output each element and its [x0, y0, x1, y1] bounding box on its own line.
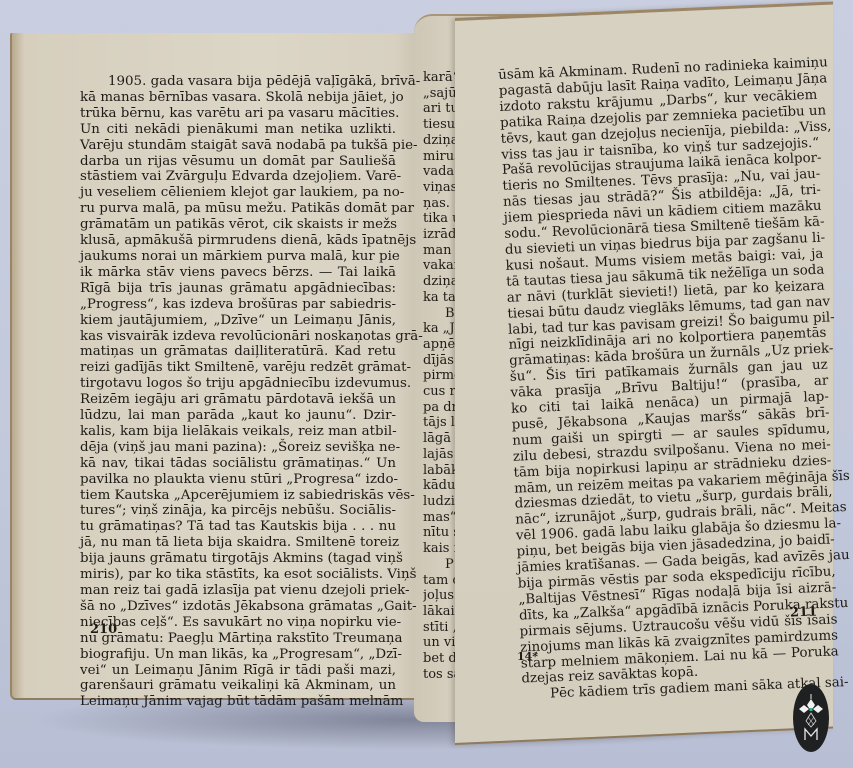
text-line: ik mārka stāv viens pavecs bērzs. — Tai … — [80, 265, 396, 281]
text-line: klusā, apmākušā pirmrudens dienā, kāds ī… — [80, 233, 396, 249]
left-page-body-text: 1905. gada vasara bija pēdējā vaļīgākā, … — [80, 74, 396, 710]
text-line: jā, nu man tā lieta bija skaidra. Smilte… — [80, 535, 396, 551]
text-line: pavilka no plaukta vienu stūri „Progresa… — [80, 472, 396, 488]
text-line: vei“ un Leimaņu Jānim Rīgā ir tādi paši … — [80, 663, 396, 679]
text-line: bija jauns grāmatu tirgotājs Akmins (tag… — [80, 551, 396, 567]
text-line: stāstiem vai Zvārguļu Edvarda dzejoļiem.… — [80, 169, 396, 185]
text-line: nu grāmatu: Paegļu Mārtiņa rakstīto Treu… — [80, 631, 396, 647]
left-page-number: 210 — [90, 622, 117, 637]
text-line: matiņas un grāmatas daiļliteratūrā. Kad … — [80, 344, 396, 360]
text-line: jaukums norai un mārkiem purva malā, kur… — [80, 249, 396, 265]
flower-m-monogram-icon — [796, 691, 826, 745]
text-line: 1905. gada vasara bija pēdējā vaļīgākā, … — [80, 74, 396, 90]
text-line: ru purva malā, pa mūsu mežu. Patikās dom… — [80, 201, 396, 217]
text-line: tiem Kautska „Apcerējumiem iz sabiedrisk… — [80, 488, 396, 504]
text-line: tures“; viņš zināja, ka pircējs nebūšu. … — [80, 503, 396, 519]
printer-signature-mark: 14* — [517, 650, 538, 663]
text-line: garenšauri grāmatu veikaliņi kā Akminam,… — [80, 678, 396, 694]
text-line: man reiz tai gadā izlasīja pat vienu dze… — [80, 583, 396, 599]
text-line: niecības ceļš“. Es savukārt no viņa nopi… — [80, 615, 396, 631]
text-line: dēja (viņš jau mani pazina): „Šoreiz sev… — [80, 440, 396, 456]
text-line: trūka bērnu, kas varētu ari pa vasaru mā… — [80, 106, 396, 122]
text-line: Leimaņu Jānim vajag būt tādām pašām meln… — [80, 694, 396, 710]
text-line: kas visvairāk izdeva revolūcionāri noska… — [80, 329, 396, 345]
text-line: tirgotavu logos šo triju apgādniecību iz… — [80, 376, 396, 392]
text-line: tu grāmatiņas? Tā tad tas Kautskis bija … — [80, 519, 396, 535]
text-line: grāmatām un patikās vērot, cik skaists i… — [80, 217, 396, 233]
right-page-number: 211 — [790, 604, 818, 620]
text-line: darba un rijas vēsumu un domāt par Sauli… — [80, 154, 396, 170]
text-line: biografiju. Un man likās, ka „Progresam“… — [80, 647, 396, 663]
watermark-logo — [793, 684, 829, 752]
text-line: Varēju stundām staigāt savā nodabā pa tu… — [80, 138, 396, 154]
text-line: kā manas bērnības vasara. Skolā nebija j… — [80, 90, 396, 106]
text-line: lūdzu, lai man parāda „kaut ko jaunu“. D… — [80, 408, 396, 424]
text-line: Rīgā bija trīs jaunas grāmatu apgādniecī… — [80, 281, 396, 297]
text-line: kā nav, tikai tādas sociālistu grāmatiņa… — [80, 456, 396, 472]
text-line: kiem jautājumiem, „Dzīve“ un Leimaņu Jān… — [80, 313, 396, 329]
text-line: Reizēm iegāju ari grāmatu pārdotavā iekš… — [80, 392, 396, 408]
text-line: miris), par ko tika stāstīts, ka esot so… — [80, 567, 396, 583]
text-line: reizi gadījās tikt Smiltenē, varēju redz… — [80, 360, 396, 376]
text-line: kalis, kam bija lielākais veikals, reiz … — [80, 424, 396, 440]
text-line: ju veseliem cēlieniem klejot gar laukiem… — [80, 185, 396, 201]
text-line: šā no „Dzīves“ izdotās Jēkabsona grāmata… — [80, 599, 396, 615]
text-line: „Progress“, kas izdeva brošūras par sabi… — [80, 297, 396, 313]
text-line: Un citi nekādi pienākumi man netika uzli… — [80, 122, 396, 138]
